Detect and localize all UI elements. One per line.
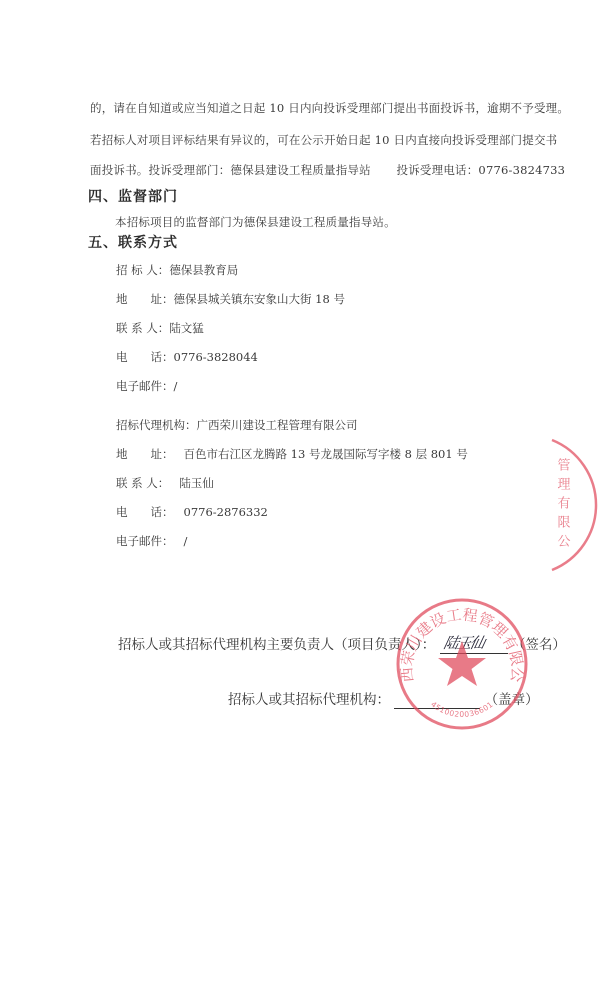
- agency-contact-label: 招标代理机构：: [116, 418, 197, 432]
- seal-number: 4510020036601: [429, 700, 495, 719]
- tenderer-contact-value: 德保县城关镇东安象山大街 18 号: [174, 292, 345, 306]
- tenderer-contact-row: 招 标 人：德保县教育局: [116, 262, 238, 278]
- agency-contact-row: 联 系 人：陆玉仙: [116, 475, 214, 491]
- agency-contact-label: 地 址：: [116, 447, 174, 461]
- tenderer-contact-value: /: [174, 379, 178, 393]
- section-4-text: 本招标项目的监督部门为德保县建设工程质量指导站。: [115, 214, 396, 230]
- tenderer-contact-value: 0776-3828044: [174, 350, 258, 364]
- seal-star-icon: [438, 641, 486, 686]
- tenderer-contact-label: 联 系 人：: [116, 321, 169, 335]
- agency-contact-value: 广西荣川建设工程管理有限公司: [197, 418, 358, 432]
- tenderer-contact-label: 地 址：: [116, 292, 174, 306]
- tenderer-contact-label: 招 标 人：: [116, 263, 169, 277]
- tenderer-contact-row: 地 址：德保县城关镇东安象山大街 18 号: [116, 291, 345, 307]
- tenderer-contact-row: 电子邮件：/: [116, 378, 177, 394]
- agency-contact-label: 联 系 人：: [116, 476, 169, 490]
- agency-contact-value: 百色市右江区龙腾路 13 号龙晟国际写字楼 8 层 801 号: [184, 447, 468, 461]
- tenderer-contact-row: 电 话：0776-3828044: [116, 349, 258, 365]
- edge-seal-stamp: 管理有限公: [548, 430, 600, 580]
- tenderer-contact-row: 联 系 人：陆文猛: [116, 320, 204, 336]
- tenderer-contact-label: 电 话：: [116, 350, 174, 364]
- agency-contact-row: 电子邮件：/: [116, 533, 187, 549]
- signature-label: 招标人或其招标代理机构主要负责人（项目负责人）：: [118, 637, 435, 653]
- company-seal-stamp: 广西荣川建设工程管理有限公司 4510020036601: [393, 595, 531, 733]
- agency-contact-label: 电子邮件：: [116, 534, 174, 548]
- tenderer-contact-value: 德保县教育局: [169, 263, 238, 277]
- edge-seal-text: 管理有限公: [555, 458, 571, 553]
- agency-contact-value: 陆玉仙: [179, 476, 214, 490]
- complaint-text-line-1: 的，请在自知道或应当知道之日起 10 日内向投诉受理部门提出书面投诉书，逾期不予…: [90, 100, 569, 116]
- agency-contact-row: 招标代理机构：广西荣川建设工程管理有限公司: [116, 417, 358, 433]
- agency-contact-row: 地 址：百色市右江区龙腾路 13 号龙晟国际写字楼 8 层 801 号: [116, 446, 468, 462]
- agency-contact-row: 电 话：0776-2876332: [116, 504, 268, 520]
- section-5-heading: 五、联系方式: [88, 232, 178, 252]
- stamp-label: 招标人或其招标代理机构：: [228, 692, 390, 708]
- complaint-text-line-3: 面投诉书。投诉受理部门：德保县建设工程质量指导站 投诉受理电话：0776-382…: [90, 162, 565, 178]
- section-4-heading: 四、监督部门: [88, 186, 178, 206]
- tenderer-contact-label: 电子邮件：: [116, 379, 174, 393]
- complaint-phone: 投诉受理电话：0776-3824733: [397, 163, 566, 177]
- agency-contact-value: /: [184, 534, 188, 548]
- complaint-department: 面投诉书。投诉受理部门：德保县建设工程质量指导站: [90, 163, 371, 177]
- agency-contact-label: 电 话：: [116, 505, 174, 519]
- agency-contact-value: 0776-2876332: [184, 505, 268, 519]
- complaint-text-line-2: 若招标人对项目评标结果有异议的，可在公示开始日起 10 日内直接向投诉受理部门提…: [90, 132, 557, 148]
- tenderer-contact-value: 陆文猛: [169, 321, 204, 335]
